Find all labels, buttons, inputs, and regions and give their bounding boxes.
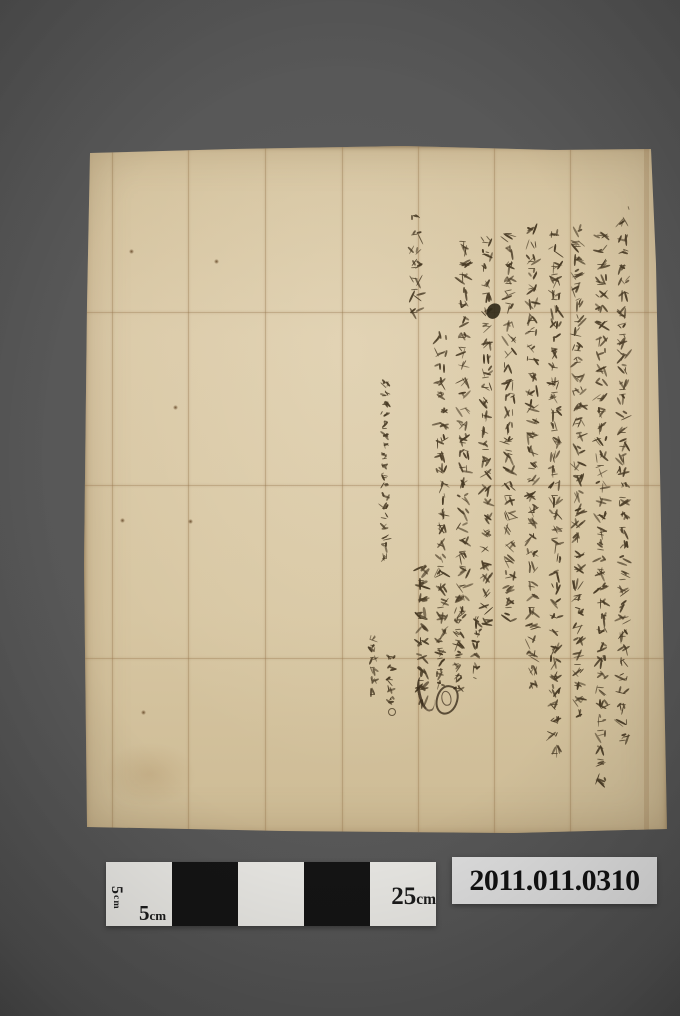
scale-square-light — [238, 862, 304, 926]
scale-unit: cm — [416, 891, 436, 908]
foxing-spot — [141, 710, 146, 715]
fold-crease-vertical — [265, 144, 266, 834]
foxing-spot — [120, 518, 125, 523]
fold-crease-vertical — [418, 144, 419, 834]
scale-unit: cm — [150, 908, 167, 923]
foxing-spot — [188, 519, 193, 524]
fold-crease-horizontal — [84, 312, 668, 313]
scale-value: 25 — [391, 883, 416, 910]
fold-crease-vertical — [494, 144, 495, 834]
foxing-spot — [173, 405, 178, 410]
scale-label-5cm-vertical: 5cm — [108, 886, 124, 910]
deed-document — [84, 144, 668, 834]
fold-crease-vertical — [112, 144, 113, 834]
fold-crease-vertical — [644, 144, 649, 834]
scale-label-5cm-bottom: 5cm — [139, 903, 166, 924]
scale-value: 5 — [108, 886, 125, 895]
scale-square-dark — [304, 862, 370, 926]
fold-crease-vertical — [570, 144, 571, 834]
accession-number-label: 2011.011.0310 — [452, 857, 657, 904]
foxing-spot — [129, 249, 134, 254]
scale-value: 5 — [139, 901, 150, 925]
paper-stain — [102, 742, 197, 806]
fold-crease-horizontal — [84, 658, 668, 659]
photo-backdrop: 5cm 5cm 25cm 2011.011.0310 — [0, 0, 680, 1016]
scale-label-25cm: 25cm — [374, 884, 436, 909]
fold-crease-vertical — [342, 144, 343, 834]
accession-number: 2011.011.0310 — [469, 864, 639, 898]
scale-square-dark — [172, 862, 238, 926]
foxing-spot — [214, 259, 219, 264]
fold-crease-horizontal — [84, 485, 668, 486]
fold-crease-vertical — [188, 144, 189, 834]
scale-unit: cm — [111, 895, 122, 910]
